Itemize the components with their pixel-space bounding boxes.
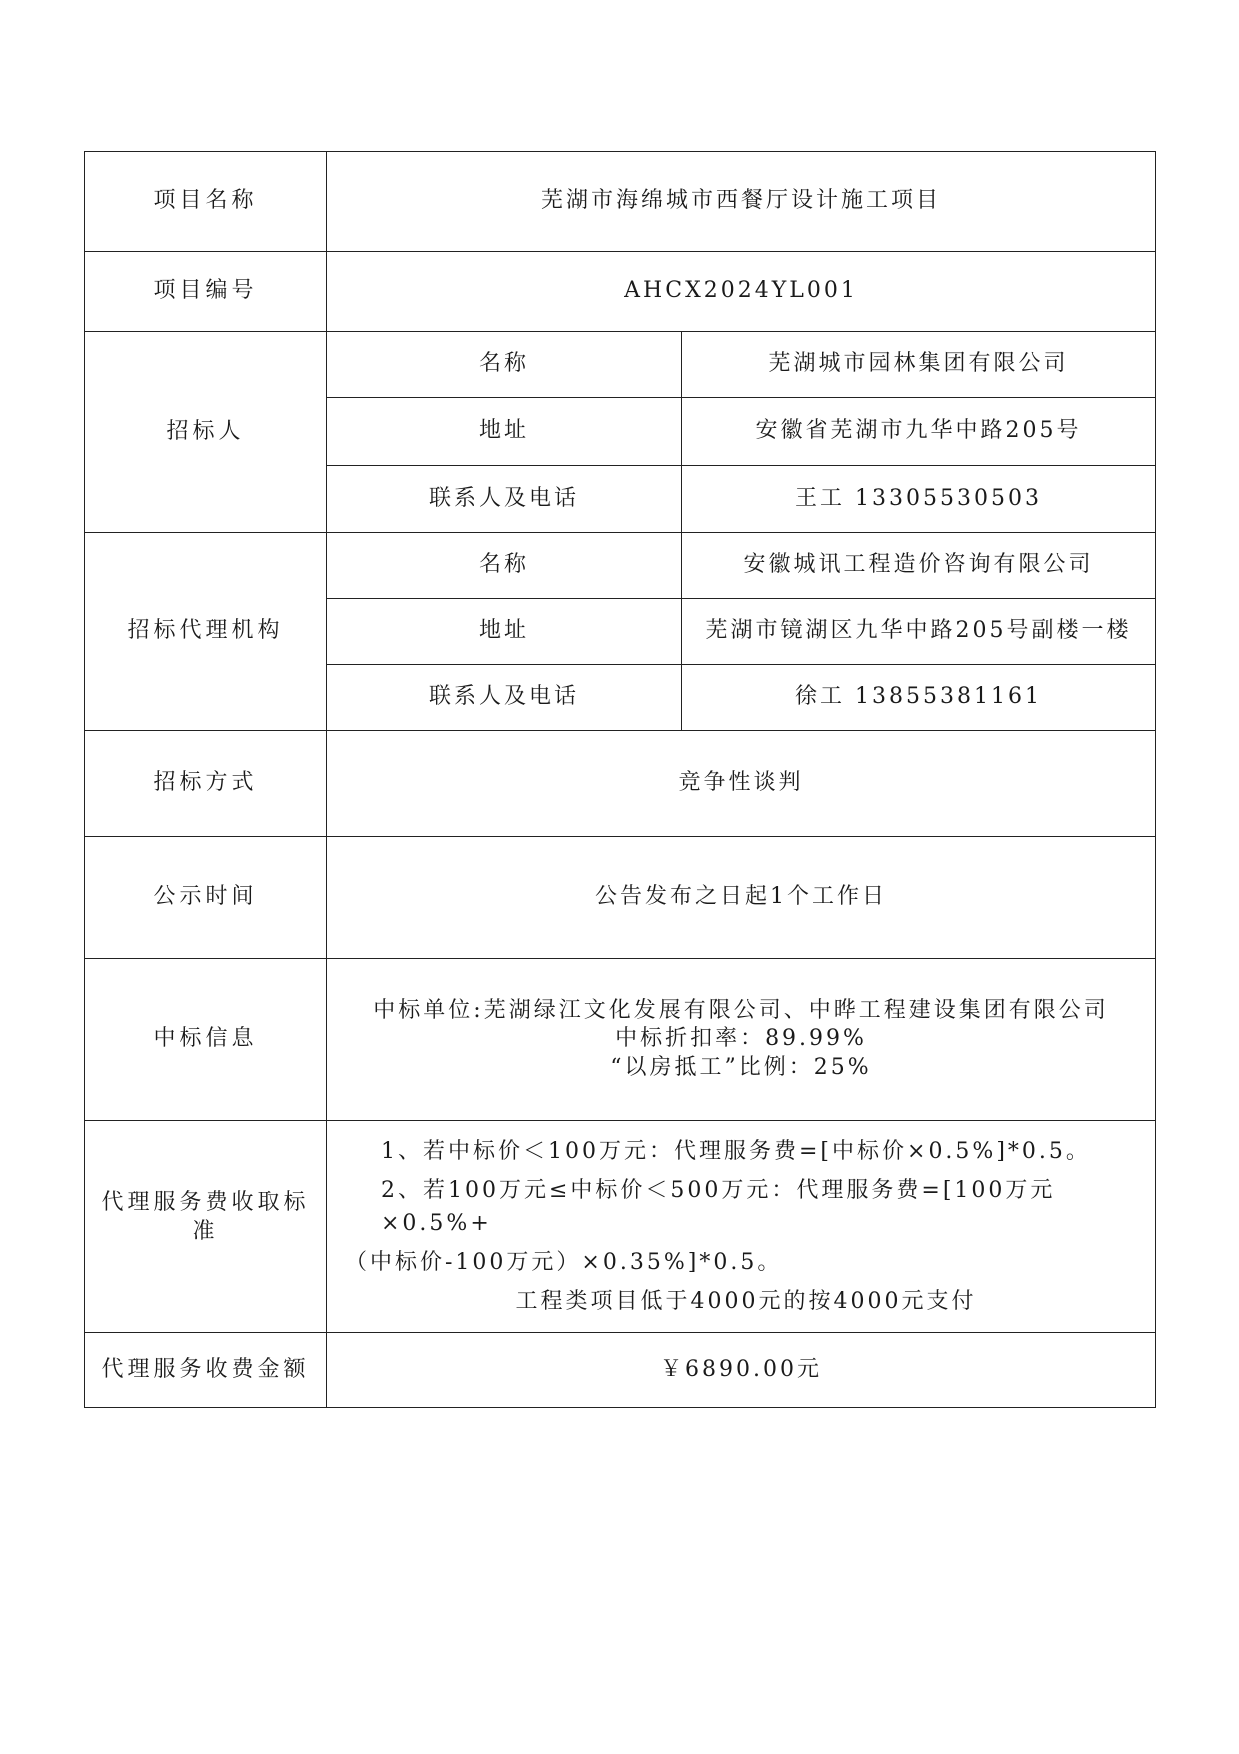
agency-name-key: 名称 xyxy=(327,533,682,599)
tenderer-contact-key: 联系人及电话 xyxy=(327,466,682,533)
row-fee-amount: 代理服务收费金额 ￥6890.00元 xyxy=(85,1333,1156,1408)
award-announcement-table: 项目名称 芜湖市海绵城市西餐厅设计施工项目 项目编号 AHCX2024YL001… xyxy=(84,151,1156,1408)
agency-contact-value: 徐工 13855381161 xyxy=(682,665,1156,731)
award-info-value: 中标单位:芜湖绿江文化发展有限公司、中晔工程建设集团有限公司 中标折扣率：89.… xyxy=(327,959,1156,1121)
award-winner: 中标单位:芜湖绿江文化发展有限公司、中晔工程建设集团有限公司 xyxy=(333,997,1149,1026)
tenderer-name-value: 芜湖城市园林集团有限公司 xyxy=(682,332,1156,398)
tenderer-address-key: 地址 xyxy=(327,398,682,466)
fee-rule-1: 1、若中标价＜100万元：代理服务费=[中标价×0.5%]*0.5。 xyxy=(345,1135,1147,1168)
row-agency-name: 招标代理机构 名称 安徽城讯工程造价咨询有限公司 xyxy=(85,533,1156,599)
tenderer-contact-value: 王工 13305530503 xyxy=(682,466,1156,533)
fee-rule-2: 2、若100万元≤中标价＜500万元：代理服务费=[100万元×0.5%+ xyxy=(345,1174,1147,1240)
award-housing-ratio: “以房抵工”比例：25% xyxy=(333,1054,1149,1083)
tender-method-value: 竞争性谈判 xyxy=(327,731,1156,837)
fee-amount-value: ￥6890.00元 xyxy=(327,1333,1156,1408)
fee-amount-label: 代理服务收费金额 xyxy=(85,1333,327,1408)
project-name-label: 项目名称 xyxy=(85,152,327,252)
project-name-value: 芜湖市海绵城市西餐厅设计施工项目 xyxy=(327,152,1156,252)
row-project-number: 项目编号 AHCX2024YL001 xyxy=(85,252,1156,332)
agency-name-value: 安徽城讯工程造价咨询有限公司 xyxy=(682,533,1156,599)
award-discount-rate: 中标折扣率：89.99% xyxy=(333,1025,1149,1054)
agency-address-value: 芜湖市镜湖区九华中路205号副楼一楼 xyxy=(682,599,1156,665)
row-fee-standard: 代理服务费收取标准 1、若中标价＜100万元：代理服务费=[中标价×0.5%]*… xyxy=(85,1121,1156,1333)
tender-method-label: 招标方式 xyxy=(85,731,327,837)
project-number-label: 项目编号 xyxy=(85,252,327,332)
tenderer-label: 招标人 xyxy=(85,332,327,533)
row-tender-method: 招标方式 竞争性谈判 xyxy=(85,731,1156,837)
publicity-period-value: 公告发布之日起1个工作日 xyxy=(327,837,1156,959)
agency-contact-key: 联系人及电话 xyxy=(327,665,682,731)
publicity-period-label: 公示时间 xyxy=(85,837,327,959)
award-info-label: 中标信息 xyxy=(85,959,327,1121)
row-project-name: 项目名称 芜湖市海绵城市西餐厅设计施工项目 xyxy=(85,152,1156,252)
agency-label: 招标代理机构 xyxy=(85,533,327,731)
agency-address-key: 地址 xyxy=(327,599,682,665)
tenderer-address-value: 安徽省芜湖市九华中路205号 xyxy=(682,398,1156,466)
fee-standard-label: 代理服务费收取标准 xyxy=(85,1121,327,1333)
fee-rule-2-cont: （中标价-100万元）×0.35%]*0.5。 xyxy=(345,1246,1147,1279)
row-publicity-period: 公示时间 公告发布之日起1个工作日 xyxy=(85,837,1156,959)
tenderer-name-key: 名称 xyxy=(327,332,682,398)
project-number-value: AHCX2024YL001 xyxy=(327,252,1156,332)
fee-minimum-note: 工程类项目低于4000元的按4000元支付 xyxy=(345,1285,1147,1318)
row-tenderer-name: 招标人 名称 芜湖城市园林集团有限公司 xyxy=(85,332,1156,398)
row-award-info: 中标信息 中标单位:芜湖绿江文化发展有限公司、中晔工程建设集团有限公司 中标折扣… xyxy=(85,959,1156,1121)
fee-standard-value: 1、若中标价＜100万元：代理服务费=[中标价×0.5%]*0.5。 2、若10… xyxy=(327,1121,1156,1333)
